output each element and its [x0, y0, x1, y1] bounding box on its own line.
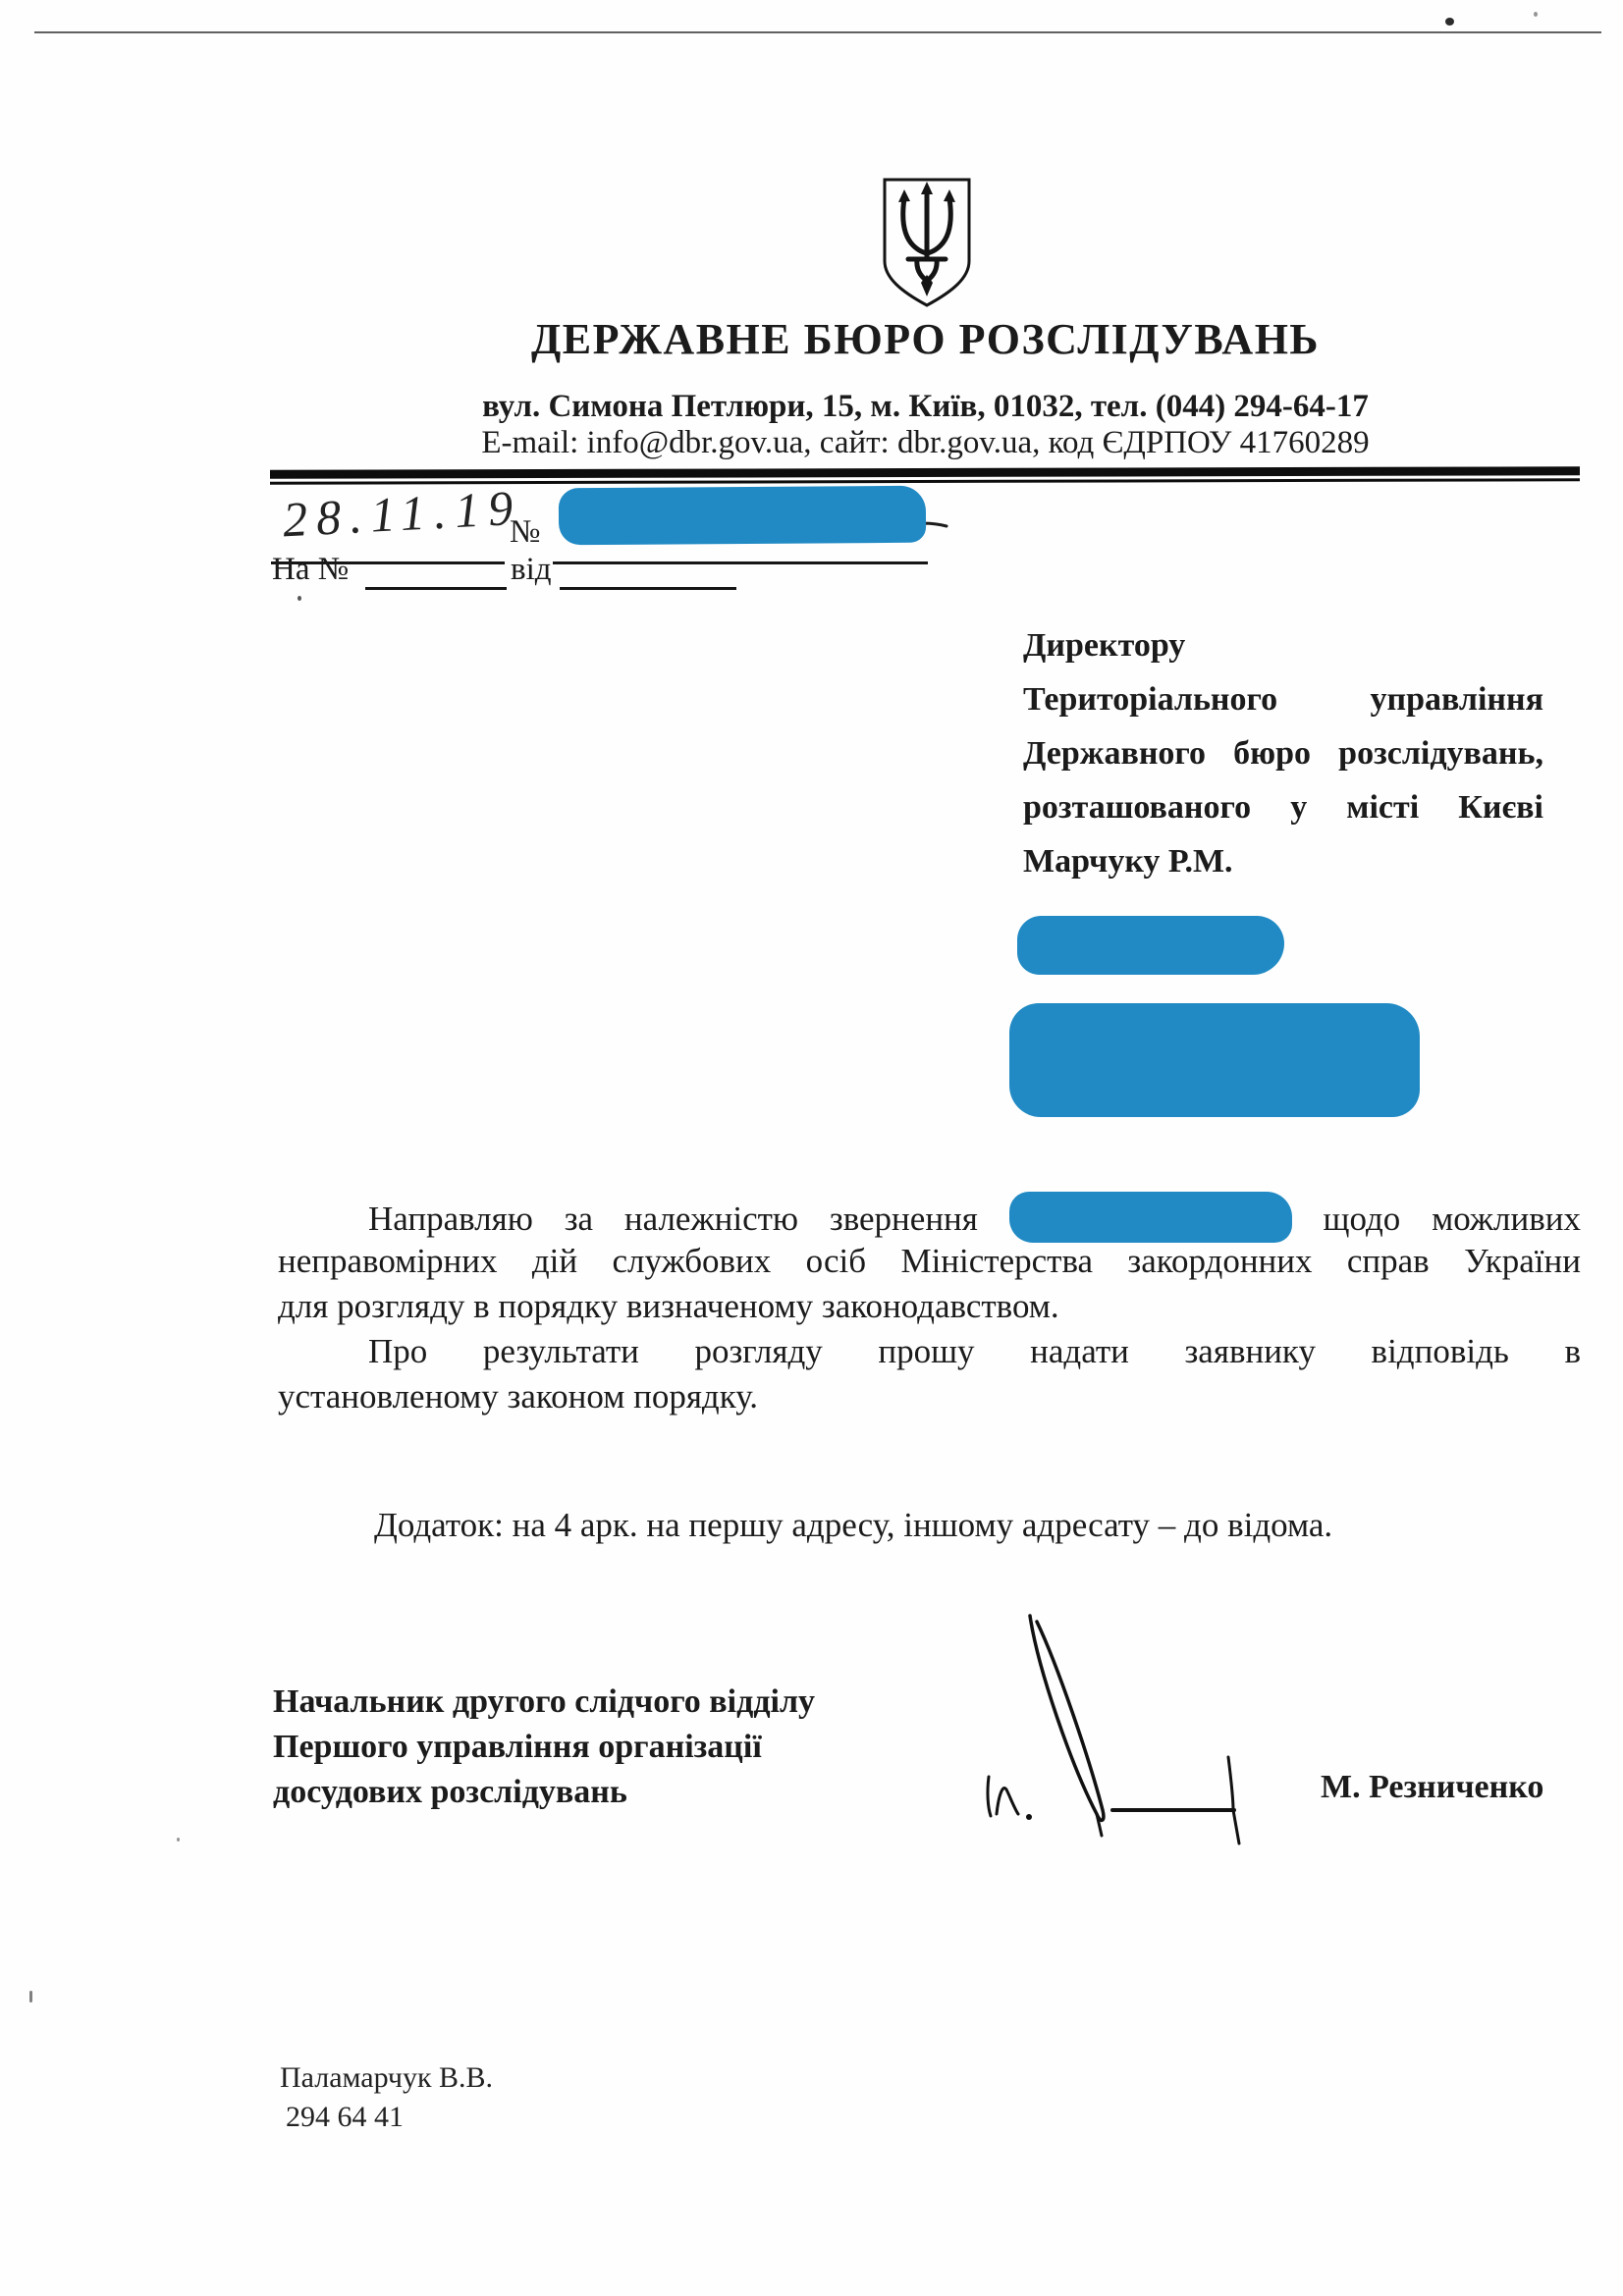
org-title: ДЕРЖАВНЕ БЮРО РОЗСЛІДУВАНЬ	[270, 314, 1581, 364]
executor-name: Паламарчук В.В.	[280, 2061, 493, 2095]
recipient-line: Державного бюро розслідувань,	[1023, 732, 1543, 775]
signer-position-line: Начальник другого слідчого відділу	[273, 1681, 815, 1724]
coat-of-arms-icon	[881, 177, 973, 309]
redaction-box-applicant-2	[1009, 1003, 1420, 1117]
recipient-line: розташованого у місті Києві	[1023, 786, 1543, 829]
reply-date-underline	[560, 587, 736, 590]
org-address-line: вул. Симона Петлюри, 15, м. Київ, 01032,…	[270, 389, 1581, 425]
reply-number-prefix: На №	[272, 552, 349, 588]
scan-speck	[1445, 18, 1454, 26]
redaction-box-number	[559, 486, 926, 546]
signer-position-line: Першого управління організації	[273, 1726, 762, 1769]
redaction-box-inline	[1009, 1192, 1292, 1243]
reply-from-label: від	[511, 552, 552, 588]
scanned-letter-page: ДЕРЖАВНЕ БЮРО РОЗСЛІДУВАНЬ вул. Симона П…	[0, 0, 1623, 2296]
number-underline	[553, 561, 928, 564]
executor-phone: 294 64 41	[286, 2101, 404, 2134]
scan-speck	[298, 596, 301, 601]
body-p2-line2: установленому законом порядку.	[278, 1374, 758, 1419]
body-p1-line3: для розгляду в порядку визначеному закон…	[278, 1284, 1059, 1329]
recipient-line: Директору	[1023, 624, 1543, 667]
body-p1-line1: Направляю за належністю звернення щодо м…	[278, 1192, 1581, 1243]
recipient-line: Марчуку Р.М.	[1023, 840, 1543, 883]
reply-number-underline	[365, 587, 507, 590]
signer-name: М. Резниченко	[1321, 1766, 1543, 1809]
scan-edge-artifact	[34, 31, 1601, 33]
handwritten-date: 28.11.19	[282, 479, 523, 549]
handwritten-signature	[967, 1608, 1281, 1865]
attachment-line: Додаток: на 4 арк. на першу адресу, іншо…	[374, 1503, 1332, 1548]
body-text: Направляю за належністю звернення	[368, 1200, 978, 1238]
number-sign: №	[510, 514, 541, 551]
signer-position-line: досудових розслідувань	[273, 1771, 627, 1814]
recipient-line: Територіального управління	[1023, 678, 1543, 721]
body-p2-line1: Про результати розгляду прошу надати зая…	[278, 1329, 1581, 1374]
body-text: щодо можливих	[1324, 1200, 1581, 1238]
body-p1-line2: неправомірних дій службових осіб Міністе…	[278, 1239, 1581, 1284]
scan-speck	[29, 1991, 32, 2002]
header-rule	[270, 466, 1580, 478]
redaction-box-applicant-1	[1017, 916, 1284, 975]
scan-speck	[177, 1838, 180, 1842]
org-email-line: E-mail: info@dbr.gov.ua, сайт: dbr.gov.u…	[270, 425, 1581, 461]
scan-speck	[1534, 12, 1538, 17]
